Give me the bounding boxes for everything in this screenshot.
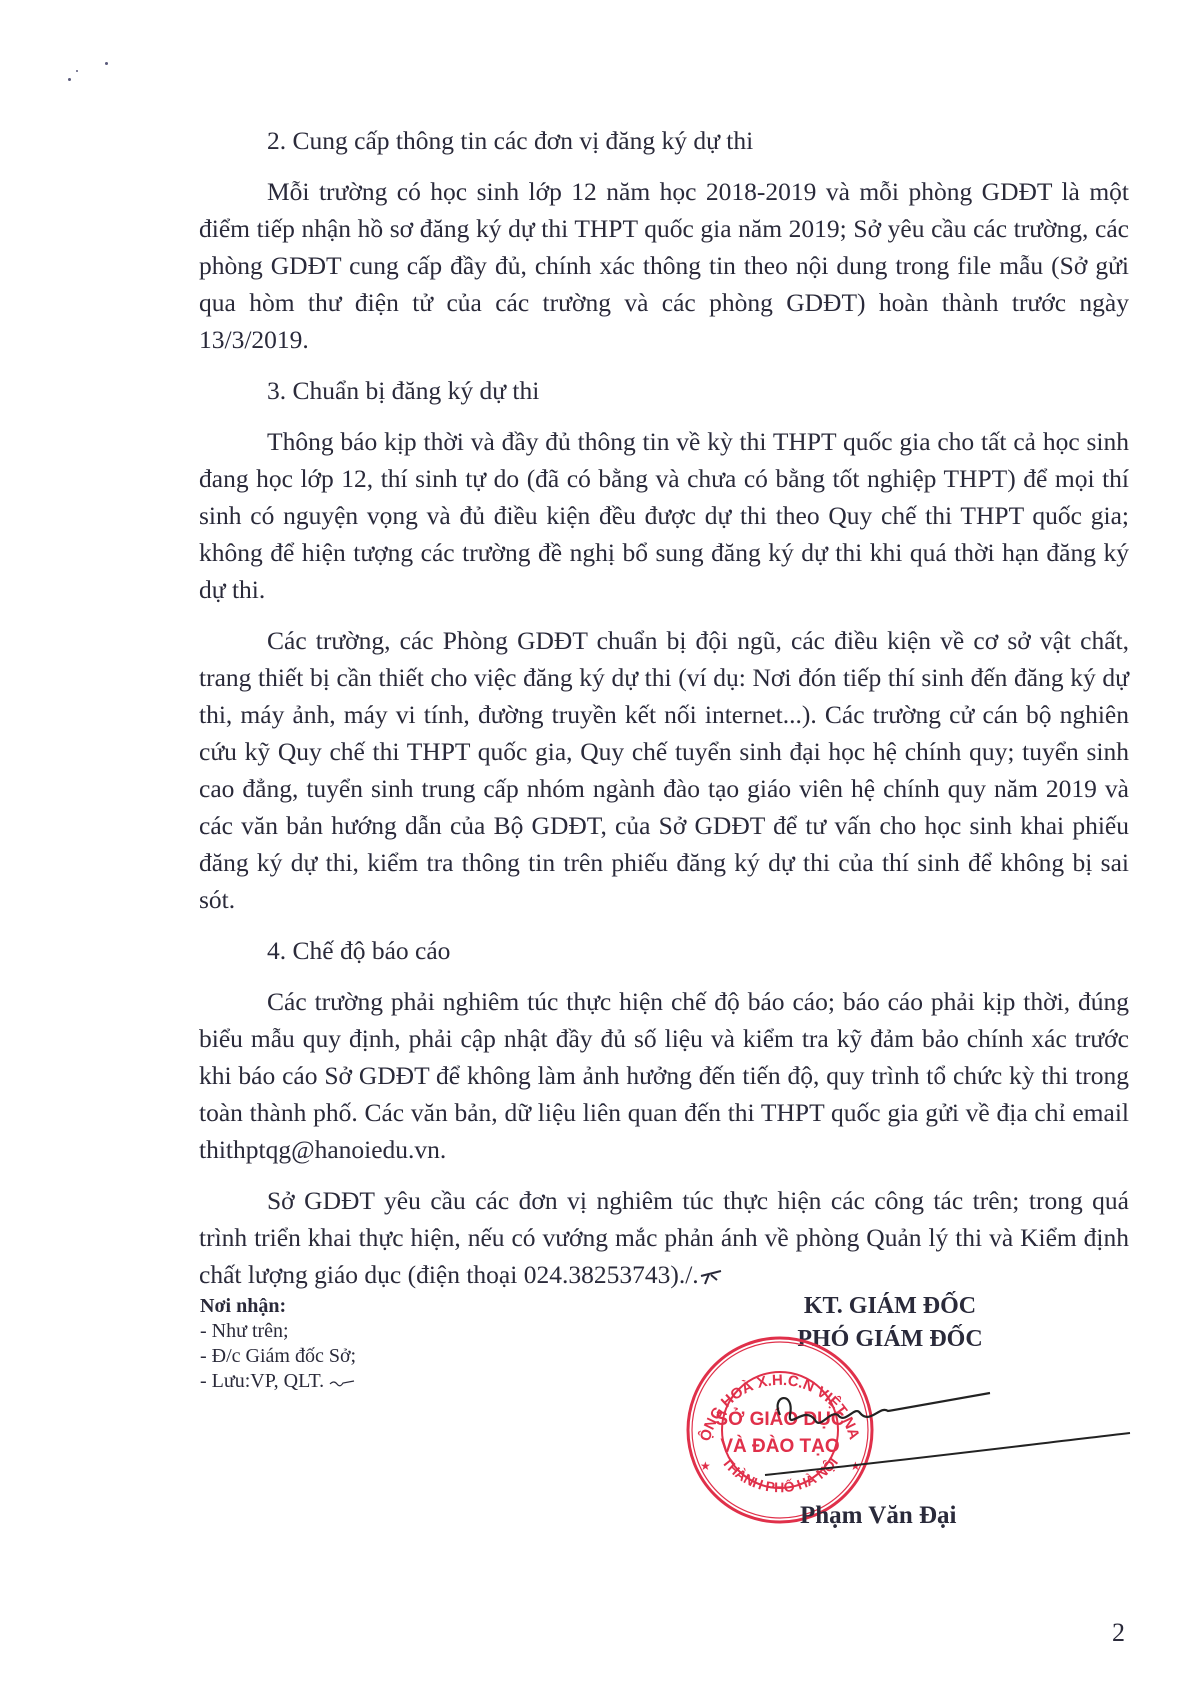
page-number: 2 [1112, 1618, 1125, 1648]
section-heading: 3. Chuẩn bị đăng ký dự thi [199, 372, 1129, 409]
handwritten-signature-icon [760, 1385, 1140, 1495]
paragraph: Thông báo kịp thời và đầy đủ thông tin v… [199, 423, 1129, 608]
recipient-item: - Đ/c Giám đốc Sở; [200, 1344, 356, 1369]
initial-mark-icon [699, 1268, 723, 1286]
initial-scribble-icon [329, 1377, 355, 1387]
recipient-item: - Lưu:VP, QLT. [200, 1369, 356, 1394]
section-heading: 4. Chế độ báo cáo [199, 932, 1129, 969]
paragraph: Các trường, các Phòng GDĐT chuẩn bị đội … [199, 622, 1129, 918]
svg-text:★: ★ [700, 1459, 711, 1473]
recipients-block: Nơi nhận: - Như trên; - Đ/c Giám đốc Sở;… [200, 1294, 356, 1394]
signature-line-1: KT. GIÁM ĐỐC [740, 1290, 1040, 1323]
paragraph: Mỗi trường có học sinh lớp 12 năm học 20… [199, 173, 1129, 358]
closing-text: Sở GDĐT yêu cầu các đơn vị nghiêm túc th… [199, 1186, 1129, 1289]
document-body: 2. Cung cấp thông tin các đơn vị đăng ký… [199, 122, 1129, 1307]
signer-name: Phạm Văn Đại [800, 1502, 957, 1530]
section-heading: 2. Cung cấp thông tin các đơn vị đăng ký… [199, 122, 1129, 159]
recipient-item: - Như trên; [200, 1319, 356, 1344]
scan-specks [60, 60, 140, 100]
closing-paragraph: Sở GDĐT yêu cầu các đơn vị nghiêm túc th… [199, 1182, 1129, 1293]
paragraph: Các trường phải nghiêm túc thực hiện chế… [199, 983, 1129, 1168]
recipients-title: Nơi nhận: [200, 1294, 356, 1319]
